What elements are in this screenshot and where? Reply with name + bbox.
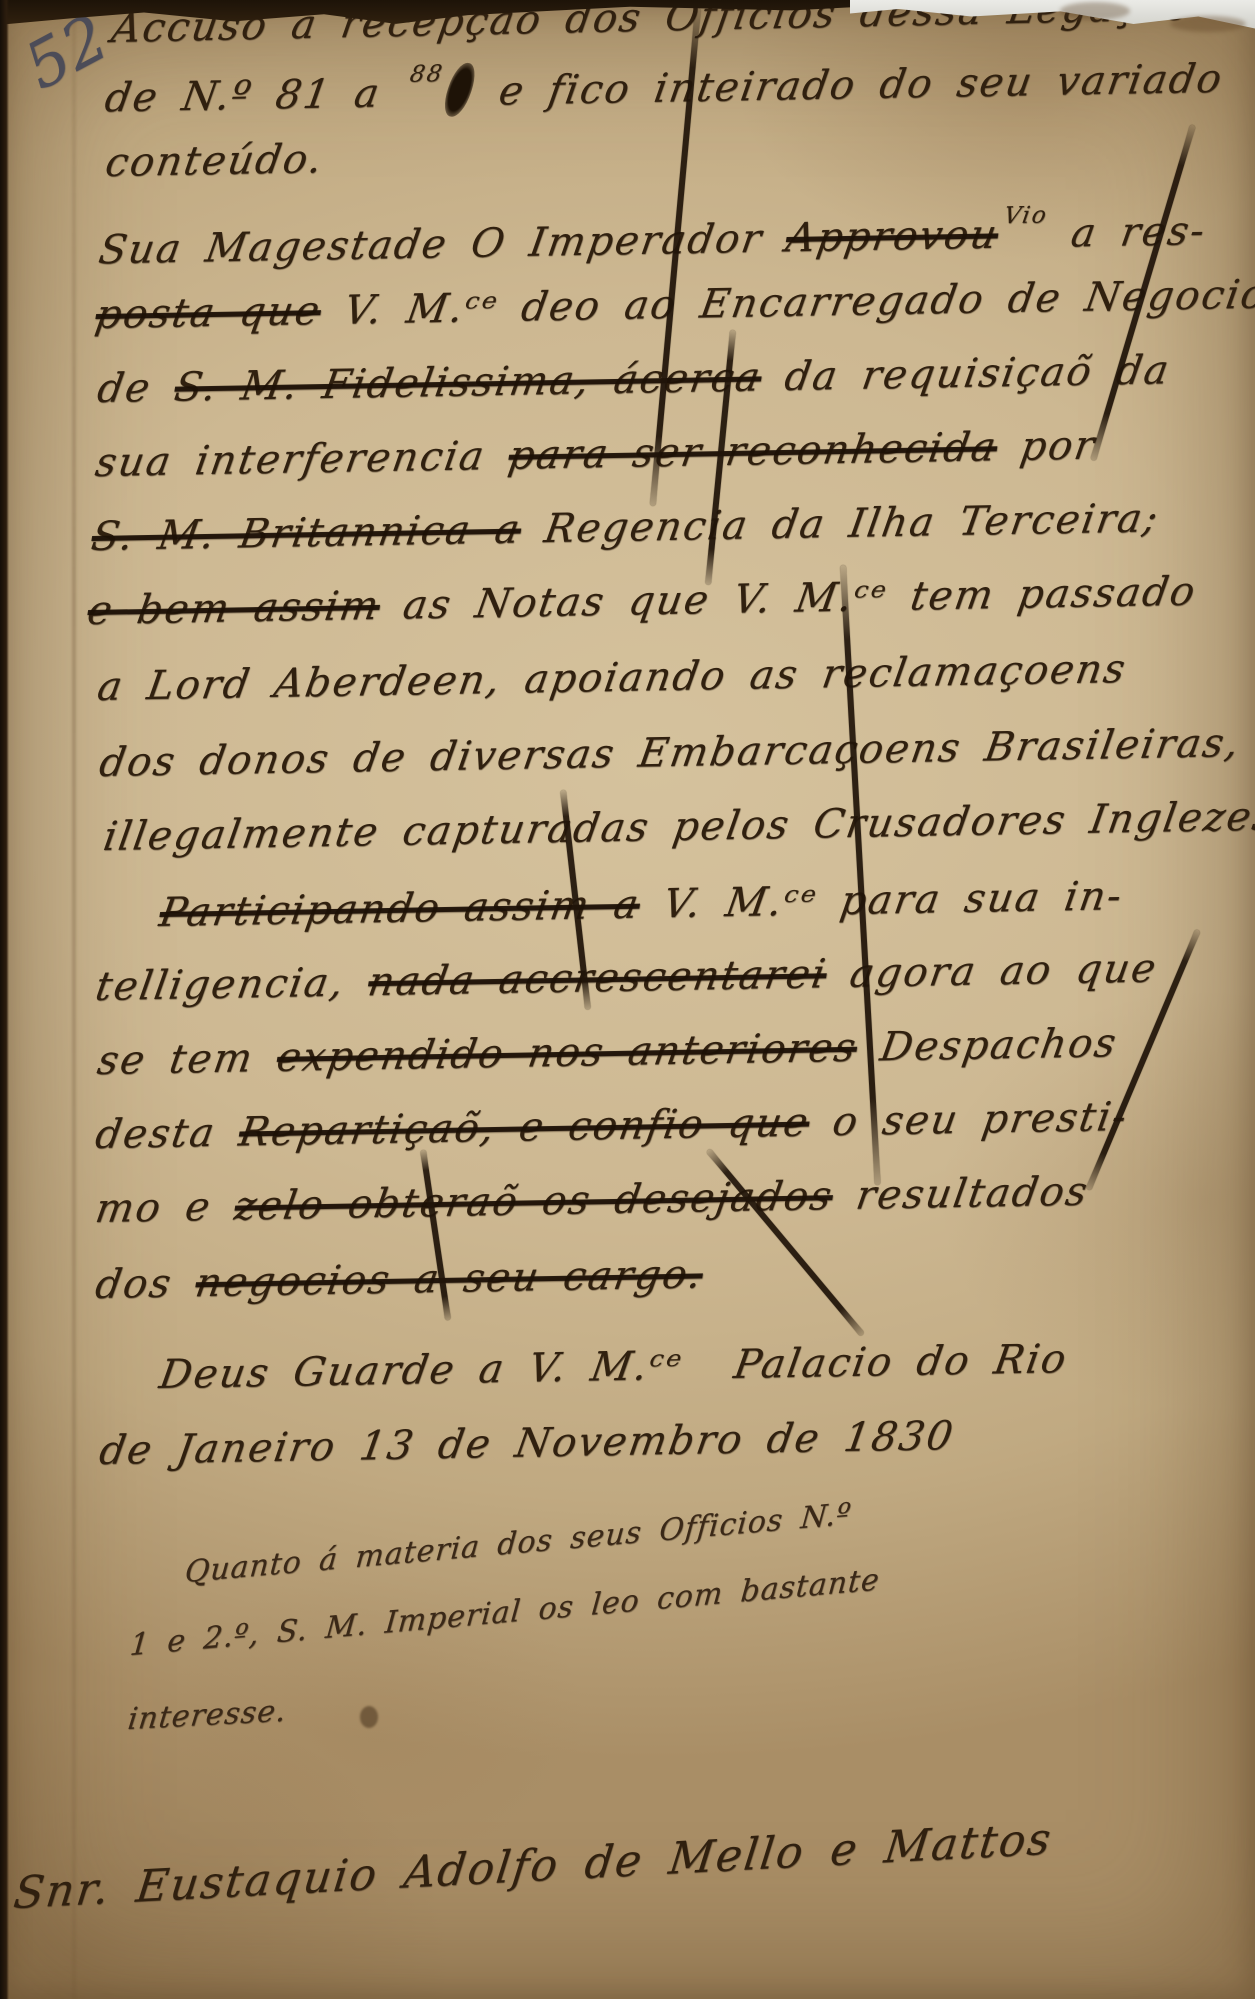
struck-text: posta que xyxy=(92,288,324,338)
struck-text: S. M. Britannica a xyxy=(88,506,524,560)
struck-text: Repartiçaõ, e confio que xyxy=(236,1099,813,1155)
text-segment: Snr. Eustaquio Adolfo de Mello e Mattos xyxy=(11,1813,1055,1919)
manuscript-line: de Janeiro 13 de Novembro de 1830 xyxy=(96,1413,957,1474)
manuscript-line: conteúdo. xyxy=(102,136,327,186)
manuscript-line: telligencia, nada accrescentarei agora a… xyxy=(92,945,1161,1010)
ink-smudge xyxy=(1060,2,1130,20)
manuscript-line: Deus Guarde a V. M.ᶜᵉPalacio do Rio xyxy=(156,1336,1071,1398)
text-segment: V. M.ᶜᵉ deo ao Encarregado de Negocios xyxy=(317,271,1255,334)
text-segment: de Janeiro 13 de Novembro de 1830 xyxy=(96,1413,957,1474)
manuscript-text: Accuso a recepçaõ dos Officios dessa Leg… xyxy=(0,0,1255,1999)
text-segment: Vio xyxy=(1002,201,1050,229)
text-segment: agora ao que xyxy=(823,945,1161,997)
text-segment: por xyxy=(994,422,1100,470)
text-segment: Sua Magestade O Imperador xyxy=(96,215,790,273)
manuscript-line: Participando assim a V. M.ᶜᵉ para sua in… xyxy=(156,873,1126,936)
struck-text: negocios a seu cargo. xyxy=(192,1251,706,1306)
text-segment: Regencia da Ilha Terceira; xyxy=(517,495,1162,552)
text-segment: V. M.ᶜᵉ para sua in- xyxy=(636,873,1126,928)
manuscript-line: Sua Magestade O Imperador ApprovouVio a … xyxy=(96,199,1211,274)
text-segment: se tem xyxy=(94,1035,281,1084)
text-segment: as Notas que V. M.ᶜᵉ tem passado xyxy=(376,569,1200,629)
struck-text: e bem assim xyxy=(84,583,383,634)
manuscript-line: de S. M. Fidelissima, ácerca da requisiç… xyxy=(94,347,1173,412)
manuscript-line: dos negocios a seu cargo. xyxy=(92,1251,706,1308)
text-segment: Palacio do Rio xyxy=(731,1336,1071,1388)
text-segment: dos donos de diversas Embarcaçoens Brasi… xyxy=(96,720,1244,786)
manuscript-page: Accuso a recepçaõ dos Officios dessa Leg… xyxy=(0,0,1255,1999)
struck-text: Approvou xyxy=(783,212,1002,262)
struck-text: nada accrescentarei xyxy=(365,951,830,1005)
manuscript-line: desta Repartiçaõ, e confio que o seu pre… xyxy=(92,1094,1131,1158)
text-segment: a res- xyxy=(1044,208,1209,257)
text-segment: o seu presti- xyxy=(806,1094,1132,1146)
struck-text: S. M. Fidelissima, ácerca xyxy=(171,354,765,410)
text-segment: de xyxy=(94,365,178,412)
manuscript-line: interesse. xyxy=(126,1694,289,1738)
text-segment xyxy=(680,1378,732,1379)
manuscript-line: mo e zelo obteraõ os desejados resultado… xyxy=(92,1169,1092,1232)
text-segment: mo e xyxy=(92,1184,238,1233)
struck-text: para ser reconhecida xyxy=(505,424,1001,479)
text-segment: a Lord Aberdeen, apoiando as reclamaçoen… xyxy=(94,646,1130,710)
text-segment: sua interferencia xyxy=(92,433,512,486)
manuscript-line: e bem assim as Notas que V. M.ᶜᵉ tem pas… xyxy=(84,569,1200,634)
text-segment: Deus Guarde a V. M.ᶜᵉ xyxy=(156,1343,686,1398)
manuscript-line: dos donos de diversas Embarcaçoens Brasi… xyxy=(96,720,1244,786)
binding-edge xyxy=(0,0,9,1999)
manuscript-line: illegalmente capturadas pelos Crusadores… xyxy=(100,793,1255,860)
struck-text: expendido nos anteriores xyxy=(274,1025,861,1081)
text-segment: illegalmente capturadas pelos Crusadores… xyxy=(100,793,1255,860)
manuscript-line: de N.º 81 a 88 e fico inteirado do seu v… xyxy=(101,46,1228,123)
struck-text: zelo obteraõ os desejados xyxy=(231,1173,836,1230)
manuscript-line: a Lord Aberdeen, apoiando as reclamaçoen… xyxy=(94,646,1130,710)
paper-stain xyxy=(360,1706,378,1728)
text-segment: interesse. xyxy=(126,1694,289,1738)
text-segment: 88 xyxy=(408,60,446,88)
text-segment: resultados xyxy=(829,1169,1092,1220)
text-segment: desta xyxy=(92,1109,243,1158)
manuscript-line: S. M. Britannica a Regencia da Ilha Terc… xyxy=(88,495,1162,560)
ink-smudge xyxy=(1170,16,1246,32)
manuscript-line: se tem expendido nos anteriores Despacho… xyxy=(94,1020,1121,1084)
manuscript-line: sua interferencia para ser reconhecida p… xyxy=(92,422,1099,486)
text-segment: dos xyxy=(92,1260,199,1308)
text-segment: e fico inteirado do seu variado xyxy=(472,56,1227,115)
text-segment: conteúdo. xyxy=(102,136,327,186)
text-segment: de N.º 81 a xyxy=(102,70,408,121)
manuscript-line: Snr. Eustaquio Adolfo de Mello e Mattos xyxy=(11,1813,1055,1919)
text-segment: telligencia, xyxy=(92,959,372,1010)
text-segment: Despachos xyxy=(853,1020,1120,1071)
